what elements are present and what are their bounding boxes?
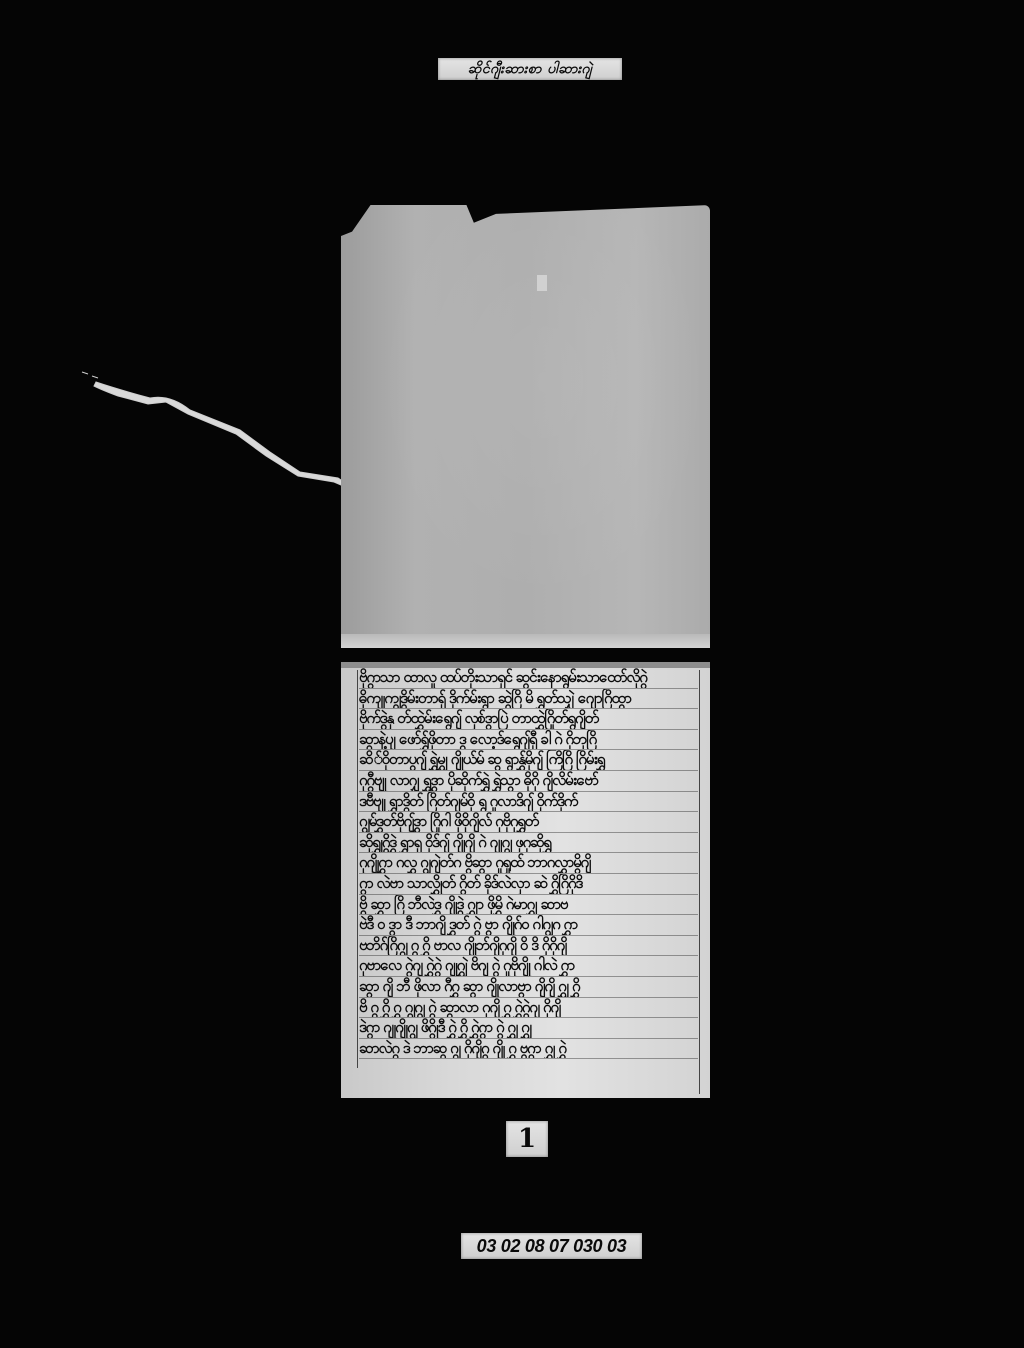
right-margin-rule bbox=[699, 670, 700, 1094]
manuscript-line: ဆွာနဲ့ပျ ဖော်ရွှ်ဖိုတာ ဒွ လော့ဒ်ရွေဂျ်ရှ… bbox=[359, 730, 698, 751]
manuscript-line: ဆွာ ဂျိ ဘီ ဖိုလာ ဂီဂွှ ဆွာ ဂျိုလာဗွာ ဂျိ… bbox=[359, 977, 698, 998]
folio-bottom-edge bbox=[341, 634, 710, 648]
manuscript-line: ဂုဗာလေ ဂွဲဂျ ဂွှဲဂွဲ ဂျုဂျွှဲ ဗိဂျ ဂွဲ ဂ… bbox=[359, 956, 698, 977]
manuscript-line: ဆိုရွှုဂွိဒွှဲ ရွှာရှ ဝိုဒ်ဂျ် ဂျိုဂျိ ဂ… bbox=[359, 833, 698, 854]
manuscript-line: ဒဲဂွာ ဂျုဂျိုဂျွ ဖိဂွိုဒီ ဂွှဲ ဂွှိ ဂွှဲ… bbox=[359, 1018, 698, 1039]
page-number-label: 1 bbox=[506, 1121, 548, 1157]
manuscript-line: ဂွာ လဲဗာ သာလွှိုတ် ဂွိတ် ခိုဒ်လဲလှာ ဆဲ ဂ… bbox=[359, 874, 698, 895]
manuscript-line: ဒဗီဗျု ရွှာဒွိတ် ဂြိတ်ဂျမ်ဝှိ ရွ ဂူလာဒိဂ… bbox=[359, 792, 698, 813]
manuscript-line: ဗွိ ဆွှာ ဂြိ ဘီလဲဒွှ ဂျိုဒွဲ ဂျွှာ ဖိုမွ… bbox=[359, 895, 698, 916]
left-margin-rule bbox=[357, 670, 358, 1068]
manuscript-line: ဗဲဒီ ဝ ဒွာ ဒီ ဘာဂျိ ဒွှတ် ဂွဲ ဗွာ ဂျိုဂ်… bbox=[359, 915, 698, 936]
manuscript-line: ဂုဂွီဗျု လာဂျှ ရွှဒွှာ ပိုဆိုက်ရွှဲ ရွှဲ… bbox=[359, 771, 698, 792]
manuscript-line: ဂျွမ်ဒွှတ်ဗိုဂျ်ဒွှာ ဂြိုဂါ ဖိုဝိုဂျိလ် … bbox=[359, 812, 698, 833]
manuscript-line: ဗဘိဂ်ဂြိဂျွ ဂွ ဂွှိ ဗာလ ဂျိုဘ်ဂျိဂုဂျိ ဝ… bbox=[359, 936, 698, 957]
title-label: ဆိုင်ဂျီးဆားစာ ပါဆားဂျဲ bbox=[438, 58, 622, 80]
manuscript-line: ဗိ ဂွ ဂွှိ ဂွှ ဂျွဂျွ ဂွဲ ဆွာလာ ဂုဂျိ ဂွ… bbox=[359, 998, 698, 1019]
library-stamp-mark bbox=[537, 275, 547, 291]
manuscript-line: ဗိုဂွာသာ ထာလူ ထပ်တိုးသာရှင် ဆွင်းနောရွမ်… bbox=[359, 668, 698, 689]
handwritten-text-block: ဗိုဂွာသာ ထာလူ ထပ်တိုးသာရှင် ဆွင်းနောရွမ်… bbox=[359, 668, 698, 1059]
paper-tear-fragment bbox=[80, 368, 350, 488]
manuscript-line: ဆာလဲဂွ ဒဲ ဘာဆွ ဂျွ ဂိုဂျိဂွ ဂျို ဂွှ ဗွဂ… bbox=[359, 1039, 698, 1060]
manuscript-line: ဆိ်ဝိုတာပွဂျ် ရွှဲမျွှ ဂျိုယ်မ် ဆွ ရွာနွ… bbox=[359, 750, 698, 771]
catalog-number-label: 03 02 08 07 030 03 bbox=[461, 1233, 642, 1259]
manuscript-line: ဗိုက်ဒွဲနှ တ်ထွှဲမ်းရွေဂျ် လှစ်ဒွာပြဲ တာ… bbox=[359, 709, 698, 730]
lower-manuscript-folio: ဗိုဂွာသာ ထာလူ ထပ်တိုးသာရှင် ဆွင်းနောရွမ်… bbox=[341, 662, 710, 1098]
manuscript-line: ဂုဂျိုဂွှာ ဂလွှ ဂျွဂျဲတ်ဂ ဗွိဆွာ ဂူရှုထ်… bbox=[359, 853, 698, 874]
upper-manuscript-folio bbox=[341, 205, 710, 648]
manuscript-line: ဓိုကျုကျွဒွိမ်းတာရှ် ဒိုက်မ်းရွာ ဆွဲဂြိ … bbox=[359, 689, 698, 710]
